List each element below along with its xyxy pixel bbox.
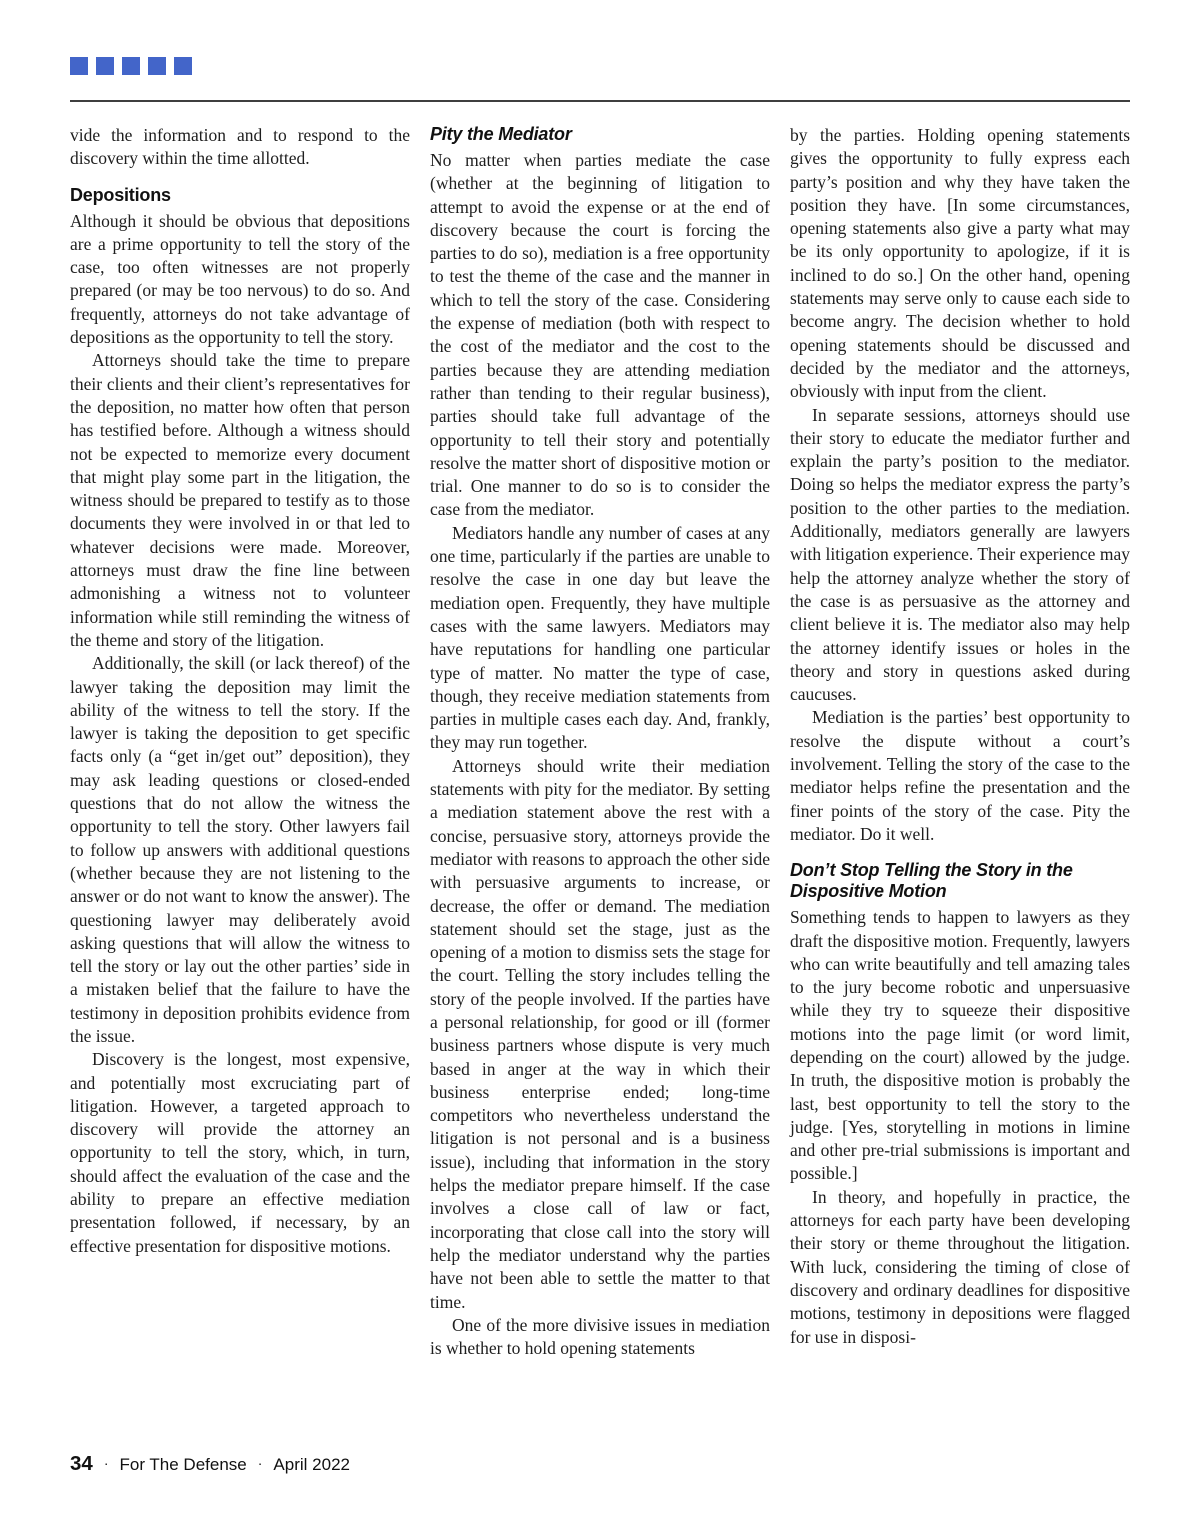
decor-squares-row: [70, 57, 192, 75]
page-number: 34: [70, 1452, 93, 1476]
paragraph: Attorneys should take the time to prepar…: [70, 349, 410, 652]
paragraph: In theory, and hopefully in practice, th…: [790, 1186, 1130, 1349]
paragraph: Mediators handle any number of cases at …: [430, 522, 770, 755]
header-rule: [70, 100, 1130, 102]
section-heading-depositions: Depositions: [70, 185, 410, 206]
paragraph: Mediation is the parties’ best opportuni…: [790, 706, 1130, 846]
paragraph: Discovery is the longest, most expensive…: [70, 1048, 410, 1258]
decor-square: [96, 57, 114, 75]
issue-date: April 2022: [273, 1455, 350, 1475]
paragraph: Although it should be obvious that depos…: [70, 210, 410, 350]
section-heading-pity-the-mediator: Pity the Mediator: [430, 124, 770, 145]
paragraph: One of the more divisive issues in media…: [430, 1314, 770, 1361]
column-1: vide the information and to respond to t…: [70, 124, 410, 1360]
paragraph: Attorneys should write their mediation s…: [430, 755, 770, 1314]
separator-dot: ·: [258, 1455, 263, 1471]
article-body: vide the information and to respond to t…: [70, 124, 1130, 1360]
paragraph: In separate sessions, attorneys should u…: [790, 404, 1130, 707]
paragraph: Something tends to happen to lawyers as …: [790, 906, 1130, 1186]
publication-name: For The Defense: [119, 1455, 246, 1475]
magazine-page: { "accent": { "square_color": "#4365c9",…: [0, 0, 1200, 1535]
paragraph-continuation: vide the information and to respond to t…: [70, 124, 410, 171]
separator-dot: ·: [104, 1455, 109, 1471]
column-2: Pity the Mediator No matter when parties…: [430, 124, 770, 1360]
decor-square: [174, 57, 192, 75]
paragraph: Additionally, the skill (or lack thereof…: [70, 652, 410, 1048]
section-heading-dispositive-motion: Don’t Stop Telling the Story in the Disp…: [790, 860, 1130, 902]
paragraph: No matter when parties mediate the case …: [430, 149, 770, 522]
decor-square: [70, 57, 88, 75]
decor-square: [122, 57, 140, 75]
decor-square: [148, 57, 166, 75]
paragraph-continuation: by the parties. Holding opening statemen…: [790, 124, 1130, 404]
column-3: by the parties. Holding opening statemen…: [790, 124, 1130, 1360]
page-footer: 34 · For The Defense · April 2022: [70, 1452, 350, 1476]
